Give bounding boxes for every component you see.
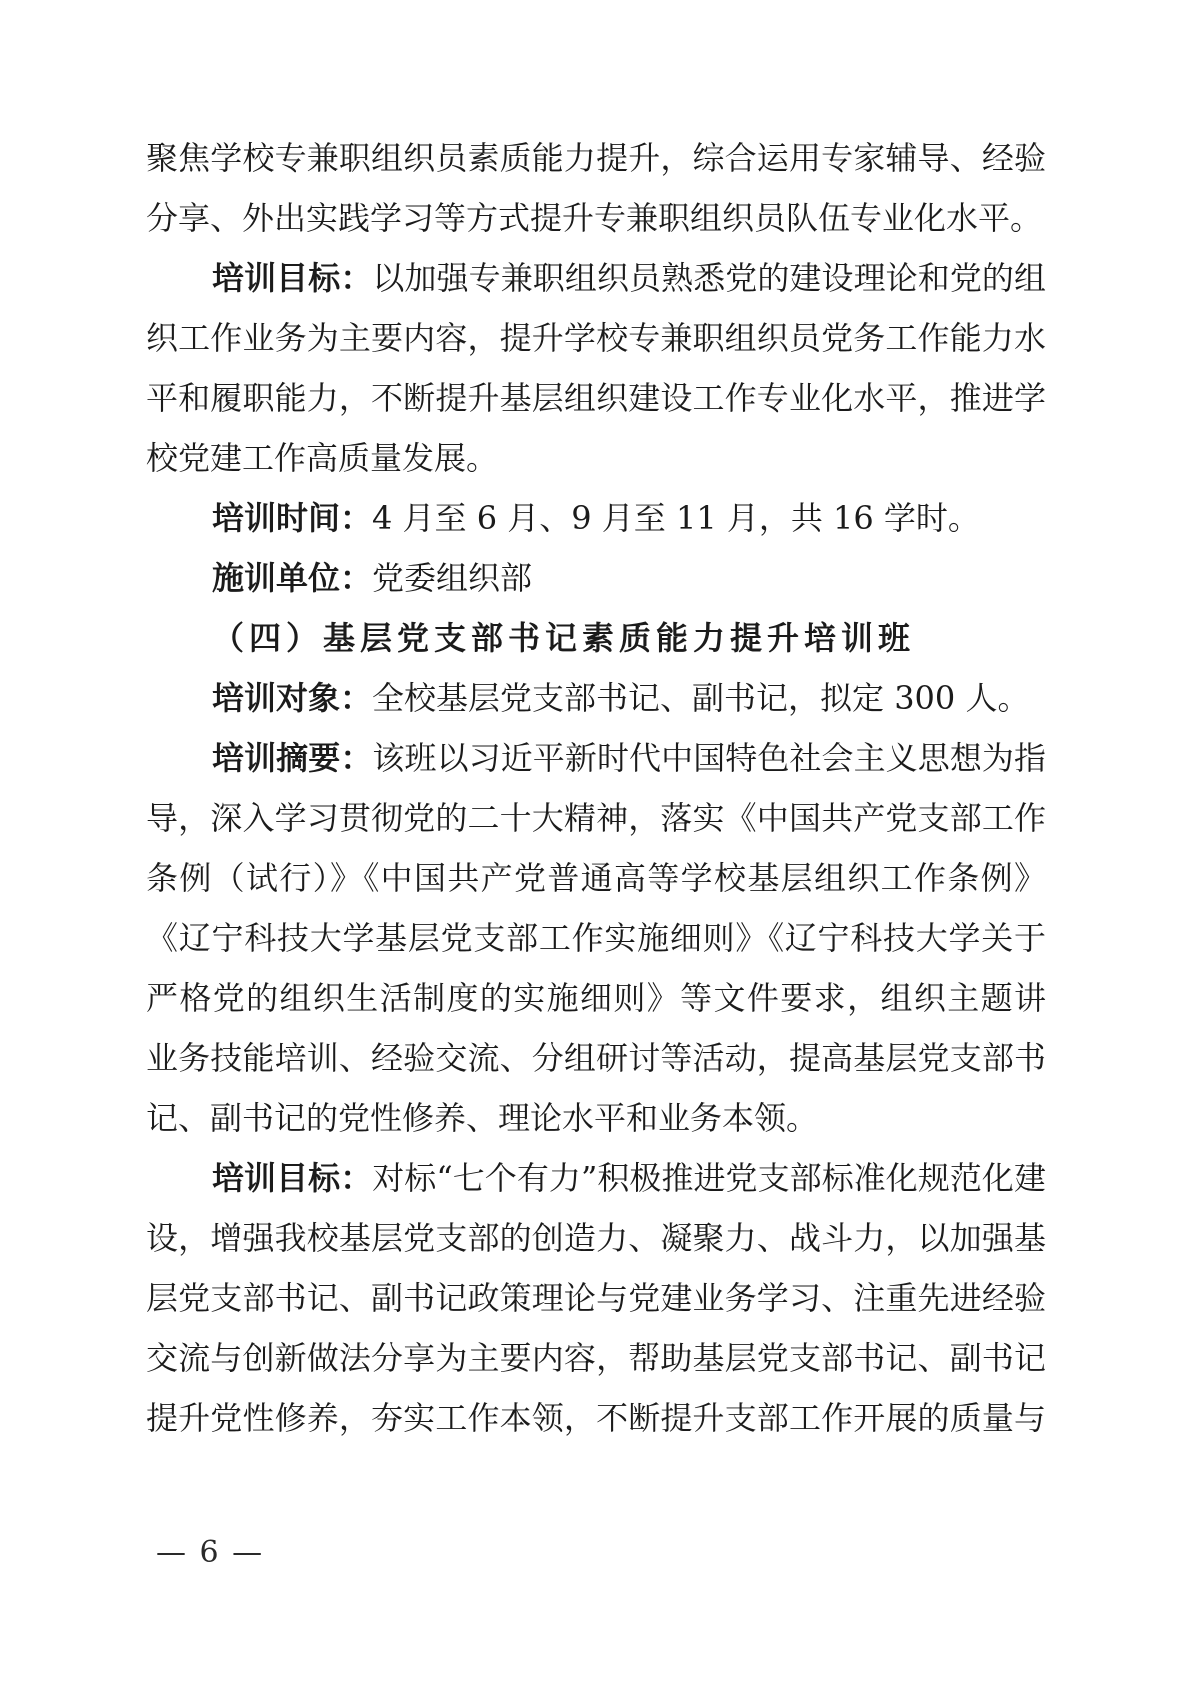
line-text: 以加强专兼职组织员熟悉党的建设理论和党的组 bbox=[372, 259, 1046, 297]
line-text: 层党支部书记、副书记政策理论与党建业务学习、注重先进经验 bbox=[146, 1279, 1046, 1317]
line-text: 该班以习近平新时代中国特色社会主义思想为指 bbox=[372, 739, 1046, 777]
line-text: 织工作业务为主要内容，提升学校专兼职组织员党务工作能力水 bbox=[146, 319, 1046, 357]
section-heading: （四）基层党支部书记素质能力提升培训班 bbox=[146, 608, 1046, 668]
heading-text: （四）基层党支部书记素质能力提升培训班 bbox=[212, 619, 915, 657]
text-line: 提升党性修养，夯实工作本领，不断提升支部工作开展的质量与 bbox=[146, 1388, 1046, 1448]
line-text: 对标“七个有力”积极推进党支部标准化规范化建 bbox=[372, 1159, 1046, 1197]
bold-label: 培训目标： bbox=[212, 1159, 372, 1197]
text-line: 聚焦学校专兼职组织员素质能力提升，综合运用专家辅导、经验 bbox=[146, 128, 1046, 188]
line-text: 平和履职能力，不断提升基层组织建设工作专业化水平，推进学 bbox=[146, 379, 1046, 417]
text-line: 业务技能培训、经验交流、分组研讨等活动，提高基层党支部书 bbox=[146, 1028, 1046, 1088]
document-body: 聚焦学校专兼职组织员素质能力提升，综合运用专家辅导、经验分享、外出实践学习等方式… bbox=[146, 128, 1046, 1448]
text-line: 严格党的组织生活制度的实施细则》等文件要求，组织主题讲座、 bbox=[146, 968, 1046, 1028]
line-text: 交流与创新做法分享为主要内容，帮助基层党支部书记、副书记 bbox=[146, 1339, 1046, 1377]
line-text: 《辽宁科技大学基层党支部工作实施细则》《辽宁科技大学关于 bbox=[146, 919, 1046, 957]
document-page: 聚焦学校专兼职组织员素质能力提升，综合运用专家辅导、经验分享、外出实践学习等方式… bbox=[0, 0, 1190, 1683]
line-text: 聚焦学校专兼职组织员素质能力提升，综合运用专家辅导、经验 bbox=[146, 139, 1046, 177]
text-line: 分享、外出实践学习等方式提升专兼职组织员队伍专业化水平。 bbox=[146, 188, 1046, 248]
line-text: 党委组织部 bbox=[372, 559, 532, 597]
text-line: 导，深入学习贯彻党的二十大精神，落实《中国共产党支部工作 bbox=[146, 788, 1046, 848]
line-text: 业务技能培训、经验交流、分组研讨等活动，提高基层党支部书 bbox=[146, 1039, 1046, 1077]
bold-label: 培训目标： bbox=[212, 259, 372, 297]
text-line: 条例（试行）》《中国共产党普通高等学校基层组织工作条例》 bbox=[146, 848, 1046, 908]
text-line: 校党建工作高质量发展。 bbox=[146, 428, 1046, 488]
line-text: 设，增强我校基层党支部的创造力、凝聚力、战斗力，以加强基 bbox=[146, 1219, 1046, 1257]
text-line: 平和履职能力，不断提升基层组织建设工作专业化水平，推进学 bbox=[146, 368, 1046, 428]
text-line: 记、副书记的党性修养、理论水平和业务本领。 bbox=[146, 1088, 1046, 1148]
line-text: 校党建工作高质量发展。 bbox=[146, 439, 498, 477]
text-line: 施训单位：党委组织部 bbox=[146, 548, 1046, 608]
line-text: 条例（试行）》《中国共产党普通高等学校基层组织工作条例》 bbox=[146, 859, 1046, 897]
line-text: 严格党的组织生活制度的实施细则》等文件要求，组织主题讲座、 bbox=[146, 979, 1046, 1028]
line-text: 提升党性修养，夯实工作本领，不断提升支部工作开展的质量与 bbox=[146, 1399, 1046, 1437]
text-line: 层党支部书记、副书记政策理论与党建业务学习、注重先进经验 bbox=[146, 1268, 1046, 1328]
text-line: 培训摘要：该班以习近平新时代中国特色社会主义思想为指 bbox=[146, 728, 1046, 788]
bold-label: 培训摘要： bbox=[212, 739, 372, 777]
line-text: 全校基层党支部书记、副书记，拟定 300 人。 bbox=[372, 679, 1029, 717]
bold-label: 施训单位： bbox=[212, 559, 372, 597]
text-line: 交流与创新做法分享为主要内容，帮助基层党支部书记、副书记 bbox=[146, 1328, 1046, 1388]
text-line: 培训时间：4 月至 6 月、9 月至 11 月，共 16 学时。 bbox=[146, 488, 1046, 548]
line-text: 导，深入学习贯彻党的二十大精神，落实《中国共产党支部工作 bbox=[146, 799, 1046, 837]
text-line: 培训目标：以加强专兼职组织员熟悉党的建设理论和党的组 bbox=[146, 248, 1046, 308]
line-text: 记、副书记的党性修养、理论水平和业务本领。 bbox=[146, 1099, 818, 1137]
line-text: 4 月至 6 月、9 月至 11 月，共 16 学时。 bbox=[372, 499, 980, 537]
text-line: 织工作业务为主要内容，提升学校专兼职组织员党务工作能力水 bbox=[146, 308, 1046, 368]
text-line: 培训目标：对标“七个有力”积极推进党支部标准化规范化建 bbox=[146, 1148, 1046, 1208]
text-line: 培训对象：全校基层党支部书记、副书记，拟定 300 人。 bbox=[146, 668, 1046, 728]
bold-label: 培训时间： bbox=[212, 499, 372, 537]
line-text: 分享、外出实践学习等方式提升专兼职组织员队伍专业化水平。 bbox=[146, 199, 1042, 237]
bold-label: 培训对象： bbox=[212, 679, 372, 717]
text-line: 《辽宁科技大学基层党支部工作实施细则》《辽宁科技大学关于 bbox=[146, 908, 1046, 968]
text-line: 设，增强我校基层党支部的创造力、凝聚力、战斗力，以加强基 bbox=[146, 1208, 1046, 1268]
page-number: — 6 — bbox=[156, 1533, 264, 1573]
